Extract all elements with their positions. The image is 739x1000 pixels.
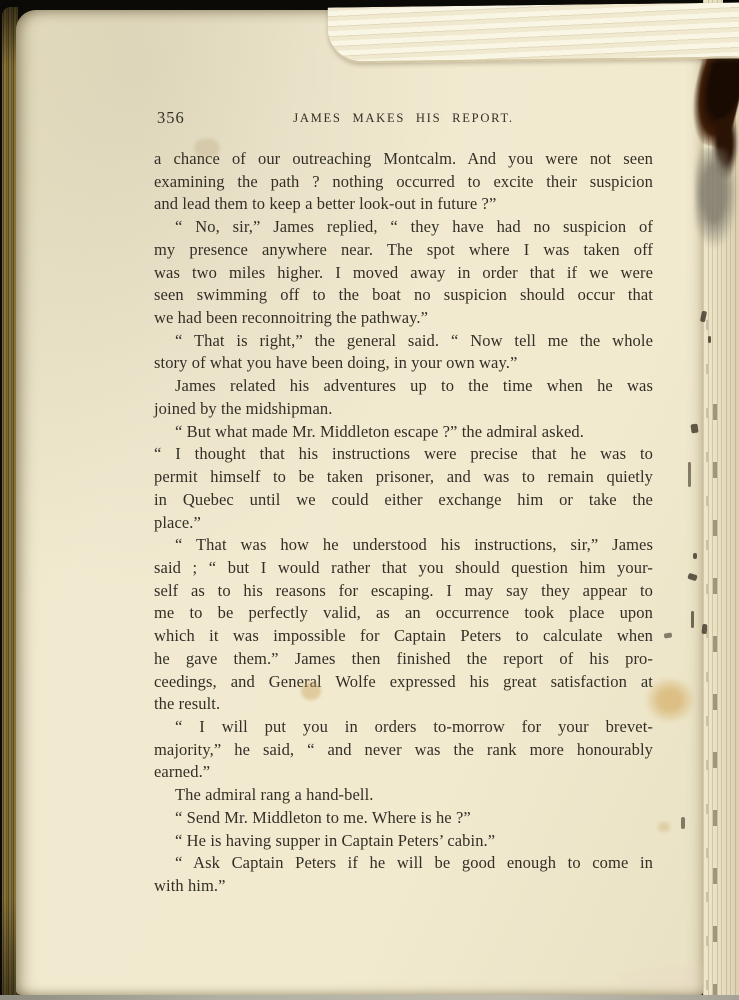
text-line: a chance of our outreaching Montcalm. An… [154,148,653,171]
paragraph: “ I thought that his instructions were p… [154,443,653,534]
text-line: he gave them.” James then finished the r… [154,648,653,671]
text-line: place.” [154,512,653,535]
speck [691,611,694,628]
text-line: James related his adventures up to the t… [154,375,653,398]
text-line: we had been reconnoitring the pathway.” [154,307,653,330]
text-line: story of what you have been doing, in yo… [154,352,653,375]
edge-marks [706,290,708,990]
text-line: “ Ask Captain Peters if he will be good … [154,852,653,875]
speck [708,336,711,343]
page-header: 356 JAMES MAKES HIS REPORT. [154,108,653,130]
text-line: seen swimming off to the boat no suspici… [154,284,653,307]
text-line: majority,” he said, “ and never was the … [154,739,653,762]
text-line: the result. [154,693,653,716]
running-title: JAMES MAKES HIS REPORT. [154,111,653,126]
paragraph: “ But what made Mr. Middleton escape ?” … [154,421,653,444]
text-line: joined by the midshipman. [154,398,653,421]
paragraph: James related his adventures up to the t… [154,375,653,420]
stain [646,678,694,722]
paragraph: a chance of our outreaching Montcalm. An… [154,148,653,216]
text-line: “ But what made Mr. Middleton escape ?” … [154,421,653,444]
text-line: “ I will put you in orders to-morrow for… [154,716,653,739]
scan-bottom-edge [0,995,739,1000]
foxing-spot [301,682,321,700]
paragraph: “ That is right,” the general said. “ No… [154,330,653,375]
paragraph: “ No, sir,” James replied, “ they have h… [154,216,653,330]
text-line: me to be perfectly valid, as an occurren… [154,602,653,625]
text-line: “ Send Mr. Middleton to me. Where is he … [154,807,653,830]
text-line: self as to his reasons for escaping. I m… [154,580,653,603]
text-line: said ; “ but I would rather that you sho… [154,557,653,580]
text-line: “ That is right,” the general said. “ No… [154,330,653,353]
text-line: “ That was how he understood his instruc… [154,534,653,557]
book-page: 356 JAMES MAKES HIS REPORT. a chance of … [16,10,703,995]
text-line: earned.” [154,761,653,784]
paragraph: “ I will put you in orders to-morrow for… [154,716,653,784]
text-line: my presence anywhere near. The spot wher… [154,239,653,262]
text-block: a chance of our outreaching Montcalm. An… [154,148,653,898]
text-line: “ He is having supper in Captain Peters’… [154,830,653,853]
speck [693,553,697,559]
smudge [695,148,737,248]
text-line: in Quebec until we could either exchange… [154,489,653,512]
text-line: which it was impossible for Captain Pete… [154,625,653,648]
text-line: ceedings, and General Wolfe expressed hi… [154,671,653,694]
text-line: and lead them to keep a better look-out … [154,193,653,216]
foxing-spot [194,138,220,158]
speck [688,462,691,487]
text-line: with him.” [154,875,653,898]
text-line: “ I thought that his instructions were p… [154,443,653,466]
speck [681,817,685,829]
page-edges-top [328,2,739,63]
edge-marks [713,370,717,1000]
paragraph: “ He is having supper in Captain Peters’… [154,830,653,853]
paragraph: The admiral rang a hand-bell. [154,784,653,807]
text-line: permit himself to be taken prisoner, and… [154,466,653,489]
paragraph: “ Ask Captain Peters if he will be good … [154,852,653,897]
scanned-book-page: 356 JAMES MAKES HIS REPORT. a chance of … [0,0,739,1000]
paragraph: “ That was how he understood his instruc… [154,534,653,716]
speck [690,424,698,434]
text-line: “ No, sir,” James replied, “ they have h… [154,216,653,239]
text-line: examining the path ? nothing occurred to… [154,171,653,194]
text-line: was two miles higher. I moved away in or… [154,262,653,285]
foxing-spot [658,822,670,832]
speck [701,624,707,634]
paragraph: “ Send Mr. Middleton to me. Where is he … [154,807,653,830]
text-line: The admiral rang a hand-bell. [154,784,653,807]
